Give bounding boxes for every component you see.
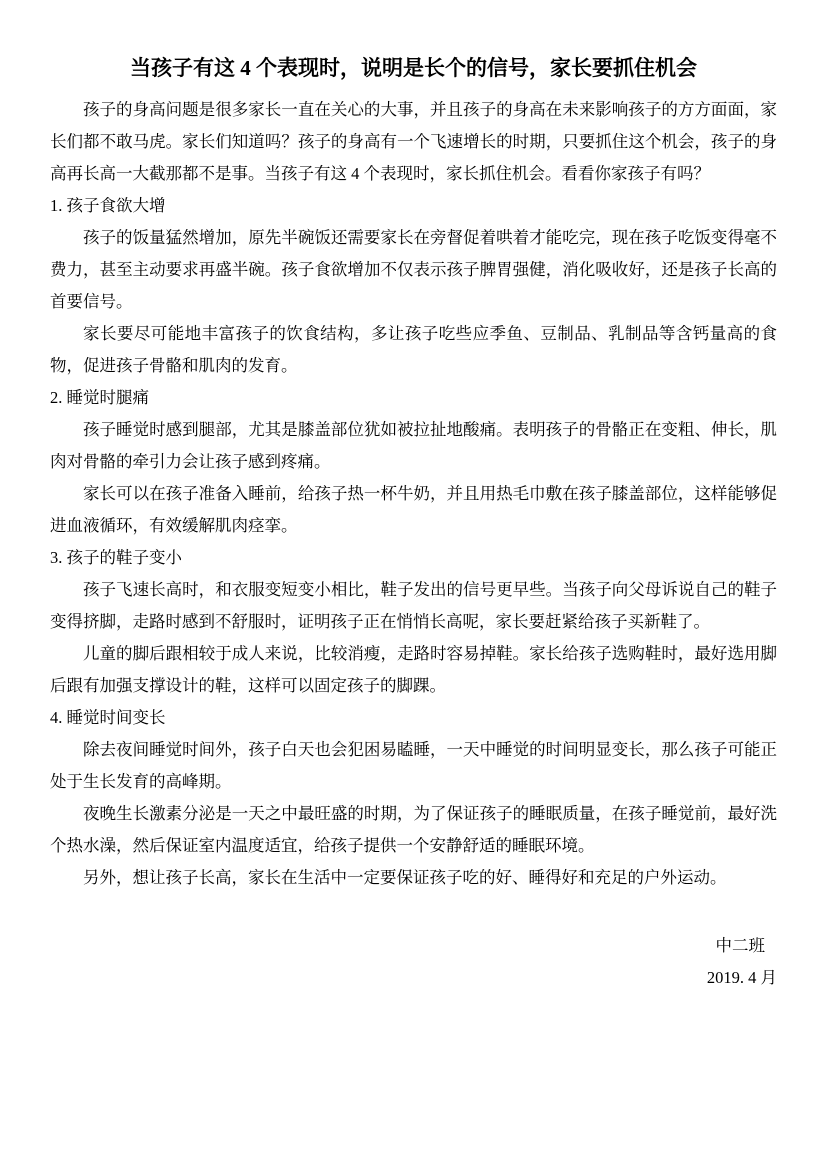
section-2-paragraph-1: 孩子睡觉时感到腿部，尤其是膝盖部位犹如被拉扯地酸痛。表明孩子的骨骼正在变粗、伸长… [50,414,777,478]
document-page: 当孩子有这 4 个表现时，说明是长个的信号，家长要抓住机会 孩子的身高问题是很多… [0,0,827,1170]
closing-paragraph: 另外，想让孩子长高，家长在生活中一定要保证孩子吃的好、睡得好和充足的户外运动。 [50,862,777,894]
signature-class-name: 中二班 [50,930,777,962]
section-4-paragraph-1: 除去夜间睡觉时间外，孩子白天也会犯困易瞌睡，一天中睡觉的时间明显变长，那么孩子可… [50,734,777,798]
section-2-paragraph-2: 家长可以在孩子准备入睡前，给孩子热一杯牛奶，并且用热毛巾敷在孩子膝盖部位，这样能… [50,478,777,542]
intro-paragraph: 孩子的身高问题是很多家长一直在关心的大事，并且孩子的身高在未来影响孩子的方方面面… [50,94,777,190]
signature-block: 中二班 2019. 4 月 [50,930,777,994]
section-heading-1: 1. 孩子食欲大增 [50,190,777,222]
section-4-paragraph-2: 夜晚生长激素分泌是一天之中最旺盛的时期，为了保证孩子的睡眠质量，在孩子睡觉前，最… [50,798,777,862]
section-3-paragraph-1: 孩子飞速长高时，和衣服变短变小相比，鞋子发出的信号更早些。当孩子向父母诉说自己的… [50,574,777,638]
section-1-paragraph-2: 家长要尽可能地丰富孩子的饮食结构，多让孩子吃些应季鱼、豆制品、乳制品等含钙量高的… [50,318,777,382]
section-1-paragraph-1: 孩子的饭量猛然增加，原先半碗饭还需要家长在旁督促着哄着才能吃完，现在孩子吃饭变得… [50,222,777,318]
section-heading-4: 4. 睡觉时间变长 [50,702,777,734]
document-title: 当孩子有这 4 个表现时，说明是长个的信号，家长要抓住机会 [50,50,777,86]
signature-date: 2019. 4 月 [50,962,777,994]
section-heading-3: 3. 孩子的鞋子变小 [50,542,777,574]
section-3-paragraph-2: 儿童的脚后跟相较于成人来说，比较消瘦，走路时容易掉鞋。家长给孩子选购鞋时，最好选… [50,638,777,702]
section-heading-2: 2. 睡觉时腿痛 [50,382,777,414]
